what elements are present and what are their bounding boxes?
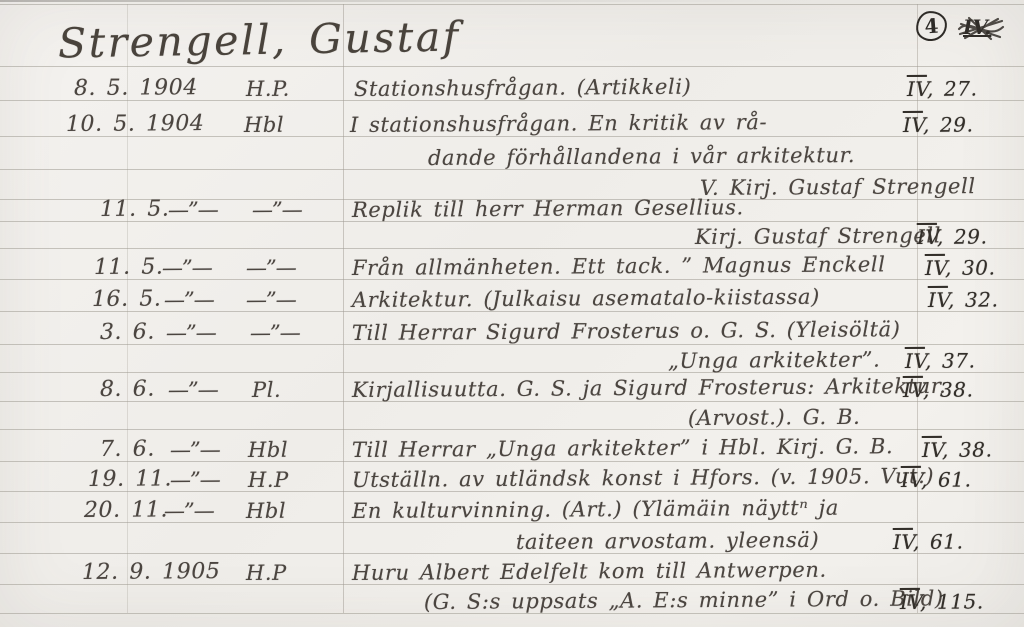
entry-line: (G. S:s uppsats „A. E:s minne” i Ord o. … (0, 584, 1024, 614)
entry-ref: IV, 61. (901, 468, 972, 492)
entry-source: Hbl (246, 499, 286, 523)
entry-text: Huru Albert Edelfelt kom till Antwerpen. (352, 558, 827, 585)
entry-ref: IV, 61. (893, 530, 964, 554)
entry-line: 11. 5. —”— —”— Från allmänheten. Ett tac… (0, 250, 1024, 280)
entry-source: Pl. (252, 378, 281, 402)
entry-line: 8. 5. 1904 H.P. Stationshusfrågan. (Arti… (0, 71, 1024, 101)
ref-page: , 38. (923, 378, 974, 402)
entry-ref: IV, 29. (903, 113, 974, 137)
entry-date: 7. 6. (100, 437, 155, 462)
index-card: 4 IV. Strengell, Gustaf 8. 5. 1904 H.P. … (0, 0, 1024, 627)
ref-volume: IV (903, 113, 923, 137)
entry-text: En kulturvinning. (Art.) (Ylämäin näyttⁿ… (352, 496, 839, 523)
entry-line: 12. 9. 1905 H.P Huru Albert Edelfelt kom… (0, 555, 1024, 585)
entry-line: 7. 6. —”— Hbl Till Herrar „Unga arkitekt… (0, 432, 1024, 462)
entry-date: 10. 5. 1904 (66, 111, 205, 137)
entry-line: 10. 5. 1904 Hbl I stationshusfrågan. En … (0, 107, 1024, 137)
ref-page: , 30. (945, 256, 996, 280)
ref-volume: IV (925, 256, 945, 280)
entry-source: H.P. (246, 77, 290, 101)
entry-year-ditto: —”— (168, 378, 218, 402)
entry-source-ditto: —”— (246, 256, 296, 280)
entry-text: dande förhållandena i vår arkitektur. (428, 143, 855, 170)
ref-volume: IV (922, 438, 942, 462)
entry-line: 8. 6. —”— Pl. Kirjallisuutta. G. S. ja S… (0, 372, 1024, 402)
entry-text: Replik till herr Herman Gesellius. (352, 195, 744, 222)
entry-text: Till Herrar Sigurd Frosterus o. G. S. (Y… (352, 317, 901, 345)
paper-edge-shadow (0, 0, 1024, 2)
entry-source: H.P (246, 561, 287, 585)
struck-numeral: IV. (957, 15, 1005, 42)
ref-page: , 61. (921, 468, 972, 492)
ref-volume: IV (900, 590, 920, 614)
entry-ref: IV, 29. (917, 225, 988, 249)
entry-text: Kirjallisuutta. G. S. ja Sigurd Frosteru… (352, 374, 947, 402)
entry-text: Arkitektur. (Julkaisu asematalo-kiistass… (352, 285, 820, 312)
ref-volume: IV (928, 288, 948, 312)
ref-page: , 115. (920, 589, 984, 613)
entry-text: taiteen arvostam. yleensä) (516, 528, 819, 554)
entry-ref: IV, 37. (905, 349, 976, 373)
entry-line: taiteen arvostam. yleensä) IV, 61. (0, 524, 1024, 554)
page-number-badge: 4 (915, 10, 948, 42)
entry-text: Till Herrar „Unga arkitekter” i Hbl. Kir… (352, 434, 893, 462)
entry-line: 19. 11. —”— H.P Utställn. av utländsk ko… (0, 462, 1024, 492)
entry-text: (G. S:s uppsats „A. E:s minne” i Ord o. … (424, 586, 944, 614)
rule-horizontal (0, 66, 1024, 67)
entry-year-ditto: —”— (164, 499, 214, 523)
page-number: 4 (924, 14, 940, 39)
ref-volume: IV (903, 378, 923, 402)
rule-horizontal (0, 4, 1024, 5)
entry-date: 8. 6. (100, 377, 155, 402)
entry-date: 16. 5. (92, 287, 162, 312)
ref-page: , 38. (942, 438, 993, 462)
ref-volume: IV (907, 77, 927, 101)
entry-line: 11. 5. —”— —”— Replik till herr Herman G… (0, 192, 1024, 222)
ref-volume: IV (905, 349, 925, 373)
ref-volume: IV (893, 530, 913, 554)
entry-ref: IV, 30. (925, 256, 996, 280)
entry-source-ditto: —”— (250, 321, 300, 345)
ref-page: , 37. (925, 349, 976, 373)
entry-text: Från allmänheten. Ett tack. ” Magnus Enc… (352, 252, 886, 280)
entry-source-ditto: —”— (246, 288, 296, 312)
entry-ref: IV, 115. (900, 589, 984, 614)
entry-ref: IV, 38. (903, 378, 974, 402)
entry-source: Hbl (248, 438, 288, 462)
entry-text: Kirj. Gustaf Strengell (695, 223, 941, 249)
ref-volume: IV (917, 225, 937, 249)
ref-page: , 61. (913, 530, 964, 554)
entry-year-ditto: —”— (166, 321, 216, 345)
ref-page: , 27. (927, 77, 978, 101)
ref-page: , 29. (937, 225, 988, 249)
entry-date: 19. 11. (88, 466, 172, 492)
entry-source: Hbl (244, 113, 284, 137)
entry-year-ditto: —”— (164, 288, 214, 312)
entry-text: I stationshusfrågan. En kritik av rå- (350, 110, 767, 137)
entry-text: (Arvost.). G. B. (688, 405, 861, 430)
ref-page: , 32. (948, 288, 999, 312)
entry-ref: IV, 38. (922, 438, 993, 462)
entry-year-ditto: —”— (170, 468, 220, 492)
entry-date: 3. 6. (100, 320, 155, 345)
entry-line: 16. 5. —”— —”— Arkitektur. (Julkaisu ase… (0, 282, 1024, 312)
entry-line: dande förhållandena i vår arkitektur. (0, 140, 1024, 170)
entry-line: (Arvost.). G. B. (0, 400, 1024, 430)
entry-year-ditto: —”— (162, 256, 212, 280)
scribble-icon (957, 15, 1005, 42)
entry-line: „Unga arkitekter”. IV, 37. (0, 343, 1024, 373)
entry-year-ditto: —”— (170, 438, 220, 462)
card-heading: Strengell, Gustaf (58, 12, 461, 67)
ref-volume: IV (901, 468, 921, 492)
entry-ref: IV, 32. (928, 288, 999, 312)
entry-date: 12. 9. 1905 (82, 559, 221, 585)
entry-date: 8. 5. 1904 (74, 75, 198, 101)
entry-line: 3. 6. —”— —”— Till Herrar Sigurd Froster… (0, 315, 1024, 345)
entry-line: Kirj. Gustaf Strengell IV, 29. (0, 219, 1024, 249)
entry-date: 20. 11. (84, 497, 168, 523)
entry-text: Stationshusfrågan. (Artikkeli) (354, 75, 692, 101)
entry-text: „Unga arkitekter”. (668, 348, 881, 373)
entry-source: H.P (248, 468, 289, 492)
entry-date: 11. 5. (94, 255, 164, 280)
ref-page: , 29. (923, 113, 974, 137)
entry-text: Utställn. av utländsk konst i Hfors. (v.… (352, 464, 934, 492)
entry-line: 20. 11. —”— Hbl En kulturvinning. (Art.)… (0, 493, 1024, 523)
entry-ref: IV, 27. (907, 77, 978, 101)
